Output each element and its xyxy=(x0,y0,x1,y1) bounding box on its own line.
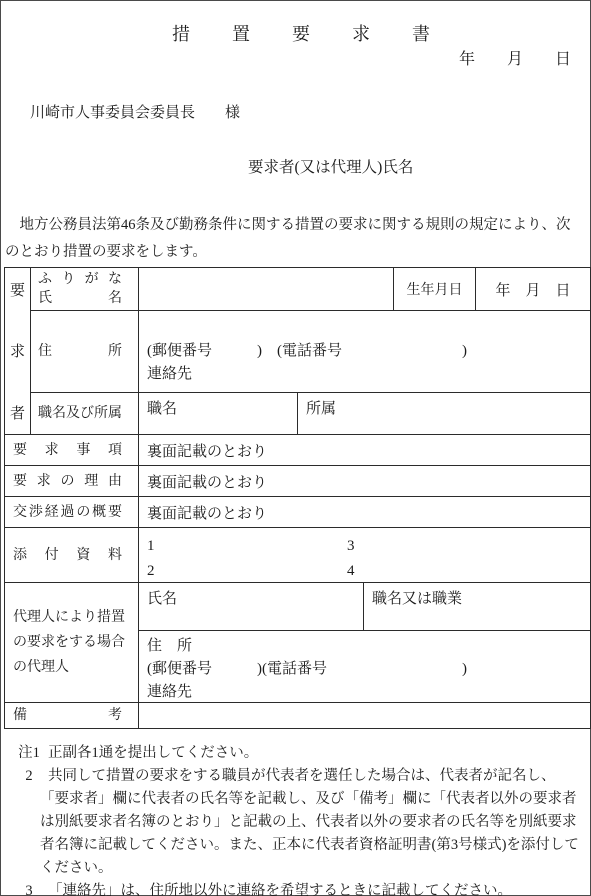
requester-char-1: 要 xyxy=(5,268,30,310)
agent-occupation-cell[interactable]: 職名又は職業 xyxy=(364,583,590,631)
footnote-2: 2 共同して措置の要求をする職員が代表者を選任した場合は、代表者が記名し、 「要… xyxy=(10,765,588,880)
footnote-3-text: 「連絡先」は、住所地以外に連絡を希望するときに記載してください。 xyxy=(40,880,588,896)
attachment-item-3: 3 xyxy=(347,538,355,554)
attachment-item-4: 4 xyxy=(347,563,355,579)
affiliation-cell[interactable]: 所属 xyxy=(298,393,590,435)
address-input-area[interactable]: (郵便番号 ) (電話番号 ) 連絡先 xyxy=(139,311,590,393)
request-for-measures-form: 措置要求書 年 月 日 川崎市人事委員会委員長 様 要求者(又は代理人)氏名 地… xyxy=(0,0,591,896)
agent-address-cell[interactable]: 住 所 (郵便番号 )(電話番号 ) 連絡先 xyxy=(139,631,590,703)
name-input-area[interactable] xyxy=(139,268,394,311)
negotiation-summary-label: 交渉経過の概要 xyxy=(5,497,139,528)
agent-name-cell[interactable]: 氏名 xyxy=(139,583,364,631)
footnotes: 注1 正副各1通を提出してください。 2 共同して措置の要求をする職員が代表者を… xyxy=(10,742,588,896)
footnote-2-text: 共同して措置の要求をする職員が代表者を選任した場合は、代表者が記名し、 「要求者… xyxy=(40,765,588,880)
footnote-1: 注1 正副各1通を提出してください。 xyxy=(10,742,588,765)
attachment-item-2: 2 xyxy=(147,559,347,583)
birth-date-label: 生年月日 xyxy=(394,268,476,311)
position-title-cell[interactable]: 職名 xyxy=(139,393,298,435)
intro-paragraph: 地方公務員法第46条及び勤務条件に関する措置の要求に関する規則の規定により、次 … xyxy=(5,212,589,266)
contact-label: 連絡先 xyxy=(147,363,582,386)
address-label: 住所 xyxy=(31,311,139,393)
attachments-list-area[interactable]: 13 24 xyxy=(139,528,590,583)
position-affiliation-label: 職名及び所属 xyxy=(31,393,139,435)
birth-date-blank[interactable]: 年 月 日 xyxy=(476,268,590,311)
request-items-label: 要求事項 xyxy=(5,435,139,466)
agent-section-label: 代理人により措置 の要求をする場合 の代理人 xyxy=(5,583,139,703)
footnote-3: 3 「連絡先」は、住所地以外に連絡を希望するときに記載してください。 xyxy=(10,880,588,896)
request-form-table: 要 求 者 ふりがな 氏名 生年月日 年 月 日 住所 (郵便番号 ) (電話番… xyxy=(4,267,591,729)
attachments-label: 添付資料 xyxy=(5,528,139,583)
request-reason-label: 要求の理由 xyxy=(5,466,139,497)
requester-signature-line: 要求者(又は代理人)氏名 xyxy=(248,155,413,177)
negotiation-summary-value: 裏面記載のとおり xyxy=(139,497,590,528)
addressee-line: 川崎市人事委員会委員長 様 xyxy=(30,101,240,122)
attachment-line-1: 13 xyxy=(147,534,582,559)
requester-char-3: 者 xyxy=(5,391,30,434)
furigana-name-label: ふりがな 氏名 xyxy=(31,268,139,311)
furigana-label: ふりがな xyxy=(38,270,122,289)
name-label: 氏名 xyxy=(38,289,122,308)
remarks-label: 備考 xyxy=(5,703,139,728)
date-blank-line: 年 月 日 xyxy=(459,46,571,69)
requester-char-2: 求 xyxy=(5,310,30,391)
requester-vertical-label: 要 求 者 xyxy=(5,268,31,435)
attachment-line-2: 24 xyxy=(147,559,582,583)
request-reason-value: 裏面記載のとおり xyxy=(139,466,590,497)
footnote-1-text: 正副各1通を提出してください。 xyxy=(40,742,588,765)
postal-phone-line: (郵便番号 ) (電話番号 ) xyxy=(147,340,582,363)
request-items-value: 裏面記載のとおり xyxy=(139,435,590,466)
remarks-input-area[interactable] xyxy=(139,703,590,728)
page-title: 措置要求書 xyxy=(172,20,472,46)
attachment-item-1: 1 xyxy=(147,534,347,559)
